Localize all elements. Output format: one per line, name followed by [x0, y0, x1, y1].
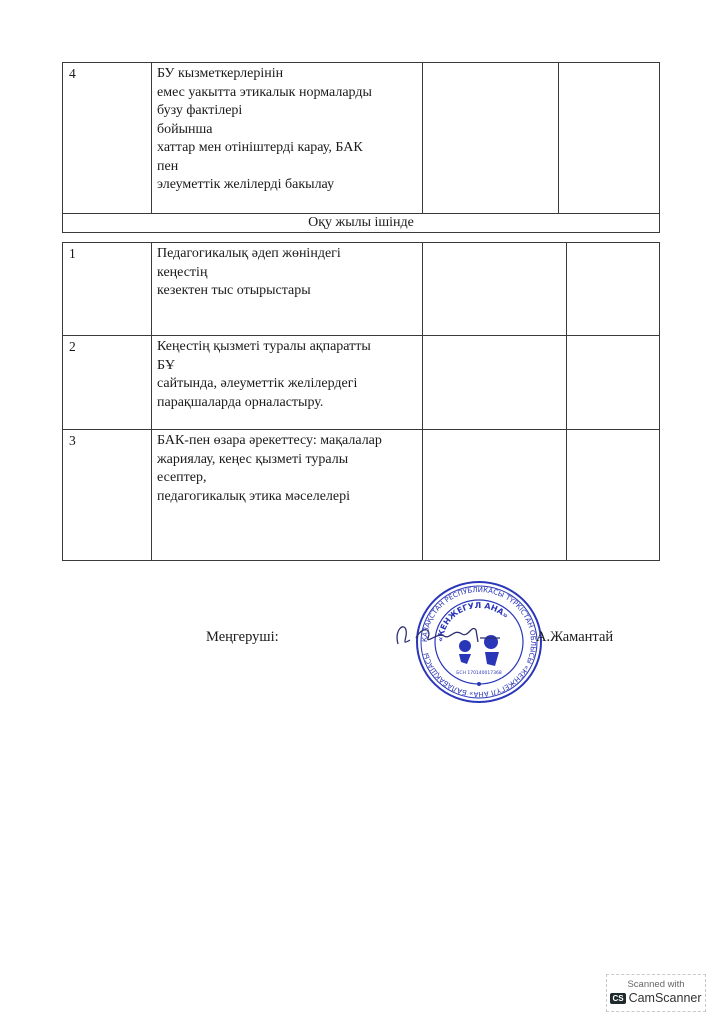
row-divider: [63, 429, 659, 430]
activity-cell: Кеңестің қызметі туралы ақпаратты БҰ сай…: [157, 338, 419, 412]
watermark-brand: CamScanner: [629, 991, 702, 1005]
handwritten-signature: [392, 620, 502, 650]
row-divider: [63, 335, 659, 336]
activity-cell: БУ кызметкерлерінін емес уакытта этикалы…: [157, 65, 419, 195]
row-number: 2: [69, 339, 76, 355]
svg-text:БСН 170140017368: БСН 170140017368: [456, 670, 502, 676]
column-divider: [151, 243, 152, 560]
column-divider: [422, 243, 423, 560]
column-divider: [422, 63, 423, 213]
column-divider: [558, 63, 559, 213]
activities-table-continued: 4 БУ кызметкерлерінін емес уакытта этика…: [62, 62, 660, 233]
row-number: 4: [69, 66, 76, 82]
row-divider: [63, 213, 659, 214]
watermark-caption: Scanned with: [607, 979, 705, 990]
camscanner-watermark: Scanned with CS CamScanner: [606, 974, 706, 1012]
column-divider: [151, 63, 152, 213]
signature-title: Меңгеруші:: [206, 629, 279, 646]
activity-cell: Педагогикалық әдеп жөніндегі кеңестің ке…: [157, 245, 419, 301]
activity-cell: БАК-пен өзара әрекеттесу: мақалалар жари…: [157, 432, 425, 506]
row-number: 3: [69, 433, 76, 449]
camscanner-logo-icon: CS: [610, 993, 625, 1004]
column-divider: [566, 243, 567, 560]
section-title: Оқу жылы ішінде: [63, 215, 659, 231]
signatory-name: А.Жамантай: [536, 629, 613, 646]
row-number: 1: [69, 246, 76, 262]
activities-table-academic-year: 1 Педагогикалық әдеп жөніндегі кеңестің …: [62, 242, 660, 561]
